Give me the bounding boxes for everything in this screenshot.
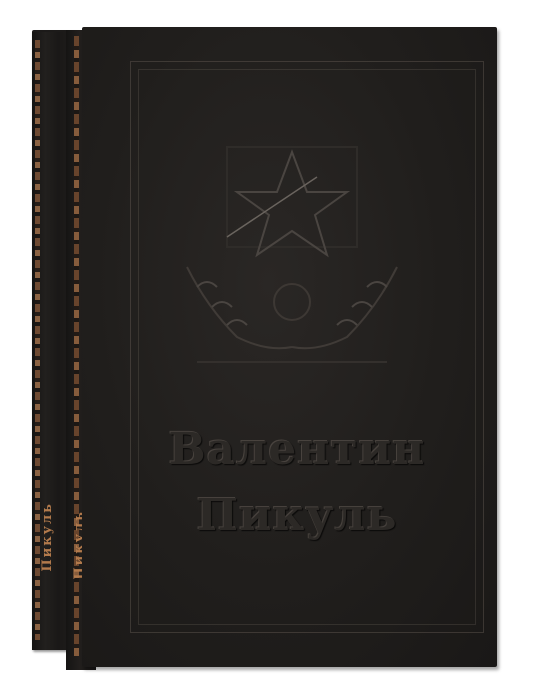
author-last-name: Пикуль: [152, 483, 442, 549]
spine-text: Пикуль: [40, 502, 55, 572]
cover-title: Валентин Пикуль: [152, 417, 442, 549]
author-first-name: Валентин: [152, 417, 442, 483]
star-wreath-emblem-icon: [167, 137, 417, 367]
front-volume-cover: Валентин Пикуль: [82, 27, 497, 667]
